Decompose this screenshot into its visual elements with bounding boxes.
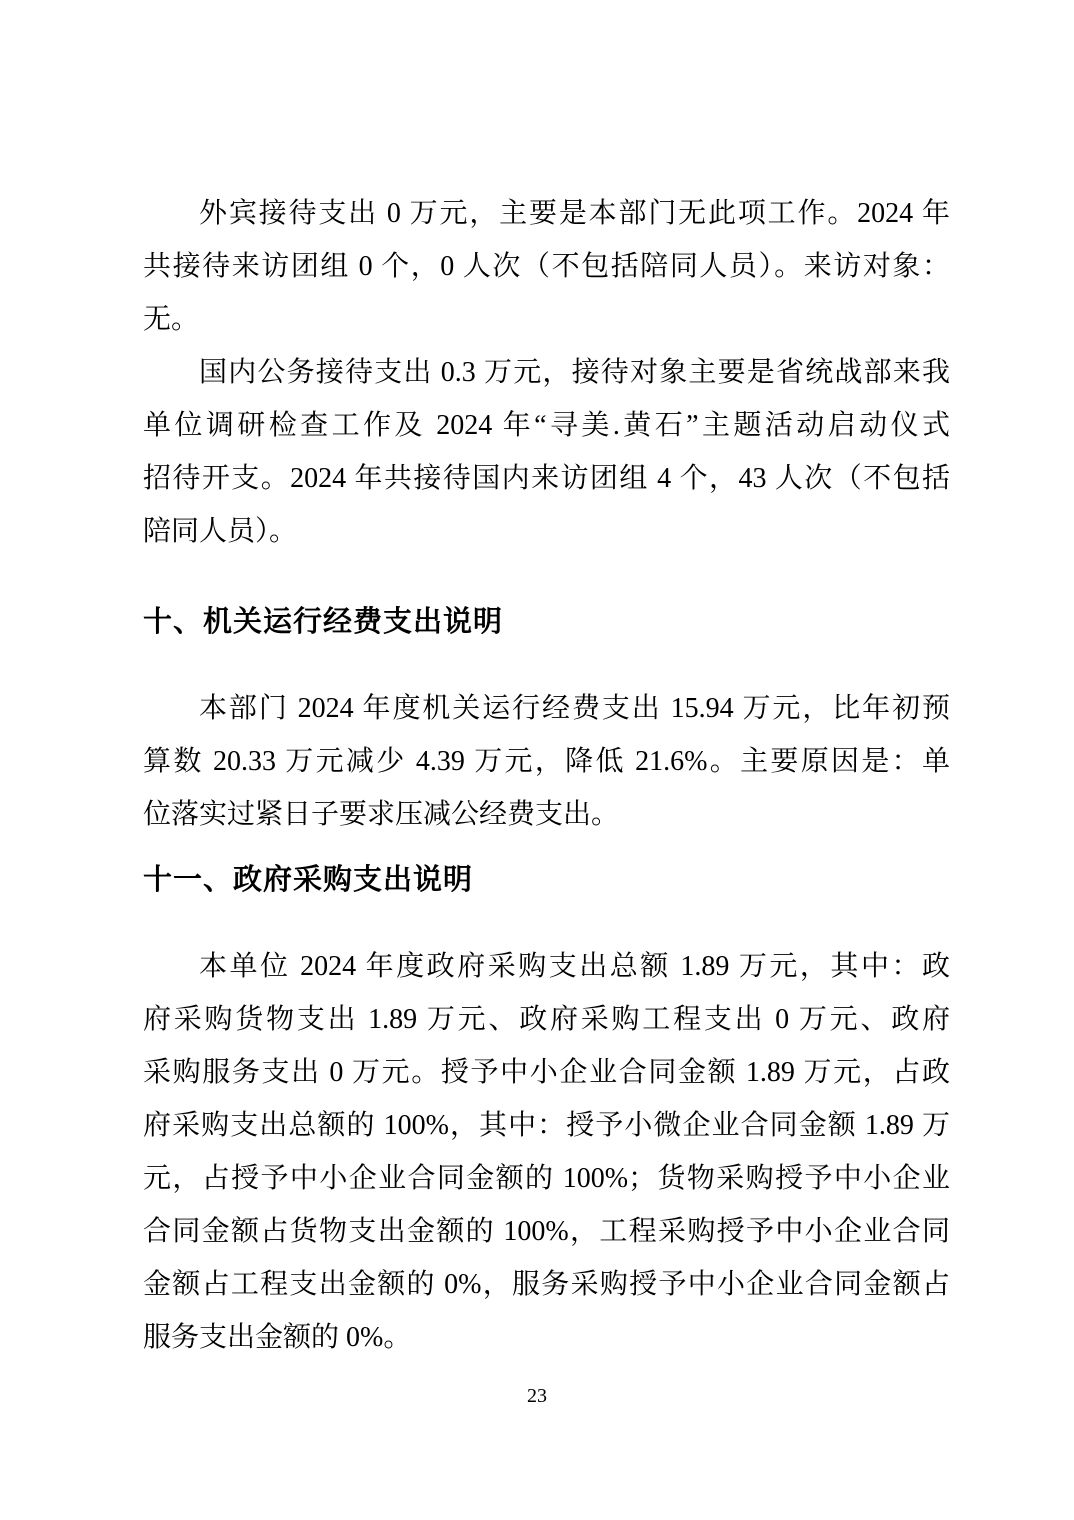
text-line: 服务支出金额的 0%。	[143, 1311, 950, 1364]
text-line: 合同金额占货物支出金额的 100%，工程采购授予中小企业合同	[143, 1205, 950, 1258]
text-line: 外宾接待支出 0 万元，主要是本部门无此项工作。2024 年	[143, 187, 950, 240]
section-ten-heading: 十、机关运行经费支出说明	[143, 596, 950, 649]
text-line: 算数 20.33 万元减少 4.39 万元，降低 21.6%。主要原因是：单	[143, 735, 950, 788]
text-line: 无。	[143, 293, 950, 346]
page-number: 23	[0, 1384, 1074, 1408]
document-page: 外宾接待支出 0 万元，主要是本部门无此项工作。2024 年 共接待来访团组 0…	[0, 0, 1074, 1520]
text-line: 国内公务接待支出 0.3 万元，接待对象主要是省统战部来我	[143, 346, 950, 399]
text-line: 陪同人员）。	[143, 505, 950, 558]
text-line: 采购服务支出 0 万元。授予中小企业合同金额 1.89 万元，占政	[143, 1046, 950, 1099]
paragraph-agency-operating-expense: 本部门 2024 年度机关运行经费支出 15.94 万元，比年初预 算数 20.…	[143, 682, 950, 841]
text-line: 共接待来访团组 0 个，0 人次（不包括陪同人员）。来访对象：	[143, 240, 950, 293]
paragraph-government-procurement: 本单位 2024 年度政府采购支出总额 1.89 万元，其中：政 府采购货物支出…	[143, 940, 950, 1364]
text-line: 元，占授予中小企业合同金额的 100%；货物采购授予中小企业	[143, 1152, 950, 1205]
text-line: 位落实过紧日子要求压减公经费支出。	[143, 788, 950, 841]
text-line: 府采购支出总额的 100%，其中：授予小微企业合同金额 1.89 万	[143, 1099, 950, 1152]
paragraph-domestic-official-reception: 国内公务接待支出 0.3 万元，接待对象主要是省统战部来我 单位调研检查工作及 …	[143, 346, 950, 558]
paragraph-foreign-guest-reception: 外宾接待支出 0 万元，主要是本部门无此项工作。2024 年 共接待来访团组 0…	[143, 187, 950, 346]
text-line: 本部门 2024 年度机关运行经费支出 15.94 万元，比年初预	[143, 682, 950, 735]
text-line: 招待开支。2024 年共接待国内来访团组 4 个，43 人次（不包括	[143, 452, 950, 505]
text-line: 金额占工程支出金额的 0%，服务采购授予中小企业合同金额占	[143, 1258, 950, 1311]
text-line: 单位调研检查工作及 2024 年“寻美.黄石”主题活动启动仪式	[143, 399, 950, 452]
text-line: 本单位 2024 年度政府采购支出总额 1.89 万元，其中：政	[143, 940, 950, 993]
text-line: 府采购货物支出 1.89 万元、政府采购工程支出 0 万元、政府	[143, 993, 950, 1046]
section-eleven-heading: 十一、政府采购支出说明	[143, 854, 950, 907]
document-content: 外宾接待支出 0 万元，主要是本部门无此项工作。2024 年 共接待来访团组 0…	[143, 187, 950, 1364]
